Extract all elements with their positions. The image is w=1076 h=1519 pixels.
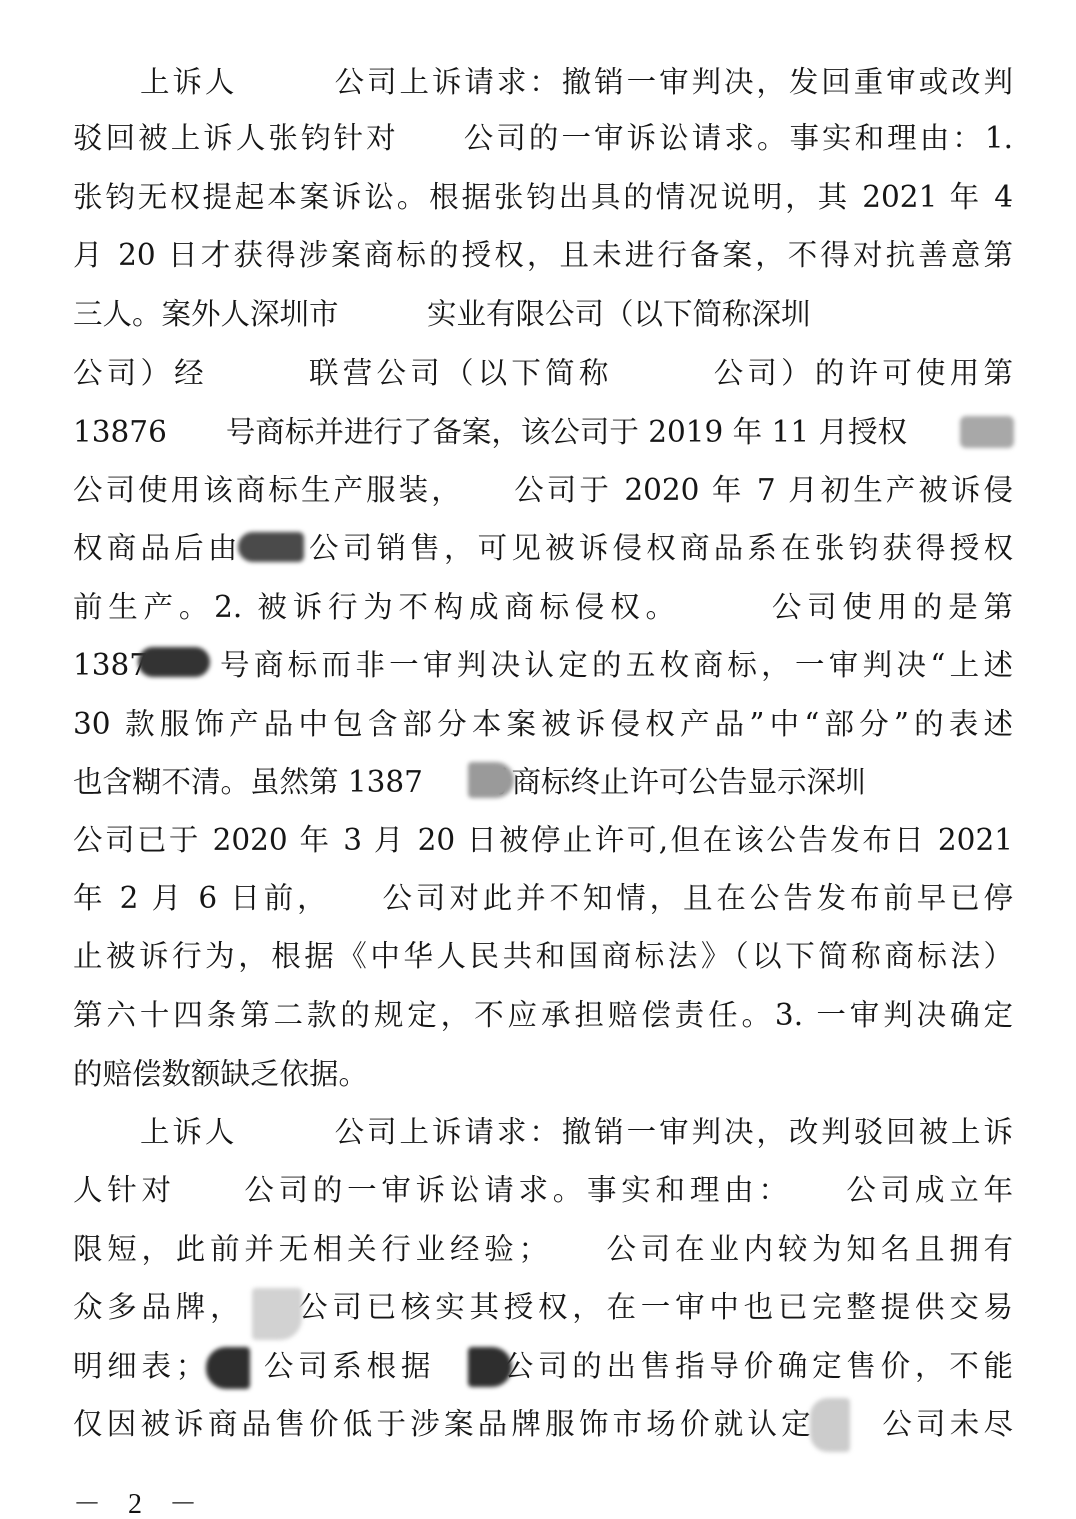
redaction-mark [252,1288,302,1340]
paragraph-1-line-15: 年 2 月 6 日前， 公司对此并不知情，且在公告发布前早已停 [73,878,1013,918]
redaction-mark [468,1347,512,1387]
paragraph-1-line-8: 公司使用该商标生产服装， 公司于 2020 年 7 月初生产被诉侵 [73,470,1013,510]
redaction-mark [810,1398,850,1452]
paragraph-1-line-9: 权商品后由 公司销售，可见被诉侵权商品系在张钧获得授权 [73,528,1013,568]
paragraph-1-line-10: 前生产。2. 被诉行为不构成商标侵权。 公司使用的是第 [73,587,1013,627]
paragraph-1-line-11: 1387 号商标而非一审判决认定的五枚商标，一审判决“上述 [73,645,1013,685]
page-number: － 2 － [73,1482,207,1519]
redaction-mark [206,1347,250,1389]
paragraph-1-line-16: 止被诉行为，根据《中华人民共和国商标法》（以下简称商标法） [73,936,1013,976]
paragraph-1-line-7: 13876 号商标并进行了备案，该公司于 2019 年 11 月授权 [73,412,1013,452]
paragraph-1-line-12: 30 款服饰产品中包含部分本案被诉侵权产品”中“部分”的表述 [73,704,1013,744]
redaction-mark [238,532,304,562]
redaction-mark [960,416,1014,448]
paragraph-2-line-3: 限短，此前并无相关行业经验； 公司在业内较为知名且拥有 [73,1229,1013,1269]
paragraph-1-line-2: 驳回被上诉人张钧针对 公司的一审诉讼请求。事实和理由：1. [73,118,1013,158]
paragraph-2-line-6: 仅因被诉商品售价低于涉案品牌服饰市场价就认定 公司未尽 [73,1404,1013,1444]
paragraph-1-line-14: 公司已于 2020 年 3 月 20 日被停止许可,但在该公告发布日 2021 [73,820,1013,860]
paragraph-2-line-1: 上诉人 公司上诉请求：撤销一审判决，改判驳回被上诉 [140,1112,1013,1152]
redaction-mark [138,647,210,677]
paragraph-1-line-1: 上诉人 公司上诉请求：撤销一审判决，发回重审或改判 [140,62,1013,102]
paragraph-2-line-2: 人针对 公司的一审诉讼请求。事实和理由： 公司成立年 [73,1170,1013,1210]
paragraph-1-line-17: 第六十四条第二款的规定，不应承担赔偿责任。3. 一审判决确定 [73,995,1013,1035]
paragraph-2-line-4: 众多品牌， 公司已核实其授权，在一审中也已完整提供交易 [73,1287,1013,1327]
document-page: 上诉人 公司上诉请求：撤销一审判决，发回重审或改判 驳回被上诉人张钧针对 公司的… [0,0,1076,1519]
paragraph-1-line-3: 张钧无权提起本案诉讼。根据张钧出具的情况说明，其 2021 年 4 [73,177,1013,217]
paragraph-1-line-6: 公司）经 联营公司（以下简称 公司）的许可使用第 [73,353,1013,393]
paragraph-1-line-4: 月 20 日才获得涉案商标的授权，且未进行备案，不得对抗善意第 [73,235,1013,275]
paragraph-1-line-5: 三人。案外人深圳市 实业有限公司（以下简称深圳 [73,294,1013,334]
redaction-mark [468,762,514,798]
paragraph-1-line-18: 的赔偿数额缺乏依据。 [73,1054,1013,1094]
paragraph-1-line-13: 也含糊不清。虽然第 1387 号商标终止许可公告显示深圳 [73,762,1013,802]
